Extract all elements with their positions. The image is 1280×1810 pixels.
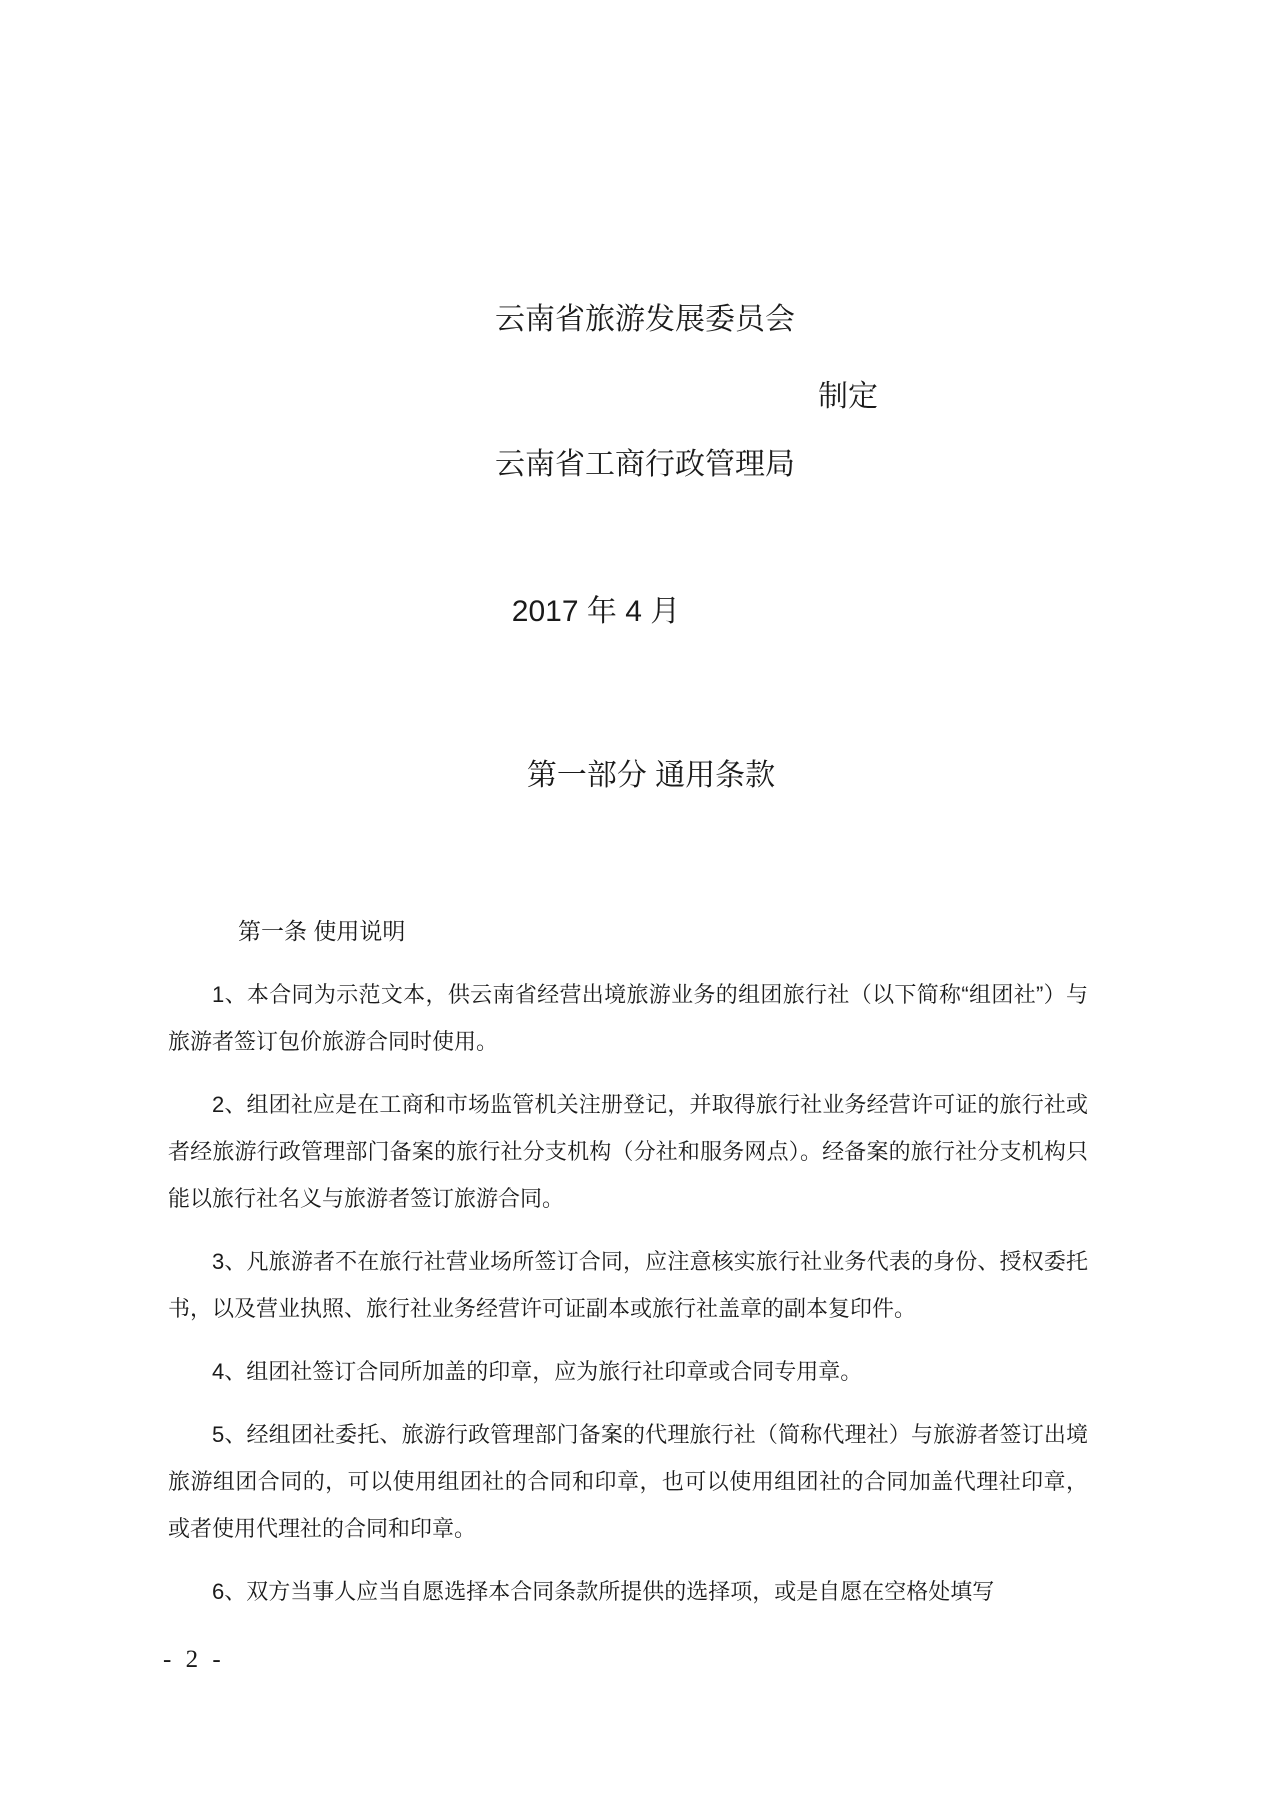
- article-heading: 第一条 使用说明: [168, 908, 1088, 955]
- enact-label: 制定: [818, 380, 878, 414]
- document-page: 云南省旅游发展委员会 制定 云南省工商行政管理局 2017 年 4 月 第一部分…: [0, 0, 1280, 1810]
- part-heading: 第一部分 通用条款: [527, 758, 775, 794]
- paragraph-2: 2、组团社应是在工商和市场监管机关注册登记，并取得旅行社业务经营许可证的旅行社或…: [168, 1081, 1088, 1222]
- paragraph-5: 5、经组团社委托、旅游行政管理部门备案的代理旅行社（简称代理社）与旅游者签订出境…: [168, 1411, 1088, 1552]
- body-text: 第一条 使用说明 1、本合同为示范文本，供云南省经营出境旅游业务的组团旅行社（以…: [168, 908, 1088, 1615]
- footer-page-number: - 2 -: [163, 1646, 225, 1674]
- paragraph-4: 4、组团社签订合同所加盖的印章，应为旅行社印章或合同专用章。: [168, 1348, 1088, 1395]
- issuer-primary: 云南省旅游发展委员会: [495, 303, 795, 337]
- paragraph-1: 1、本合同为示范文本，供云南省经营出境旅游业务的组团旅行社（以下简称“组团社”）…: [168, 971, 1088, 1065]
- publish-date: 2017 年 4 月: [512, 595, 680, 629]
- issuer-secondary: 云南省工商行政管理局: [495, 448, 795, 482]
- paragraph-6: 6、双方当事人应当自愿选择本合同条款所提供的选择项，或是自愿在空格处填写: [168, 1568, 1088, 1615]
- paragraph-3: 3、凡旅游者不在旅行社营业场所签订合同，应注意核实旅行社业务代表的身份、授权委托…: [168, 1238, 1088, 1332]
